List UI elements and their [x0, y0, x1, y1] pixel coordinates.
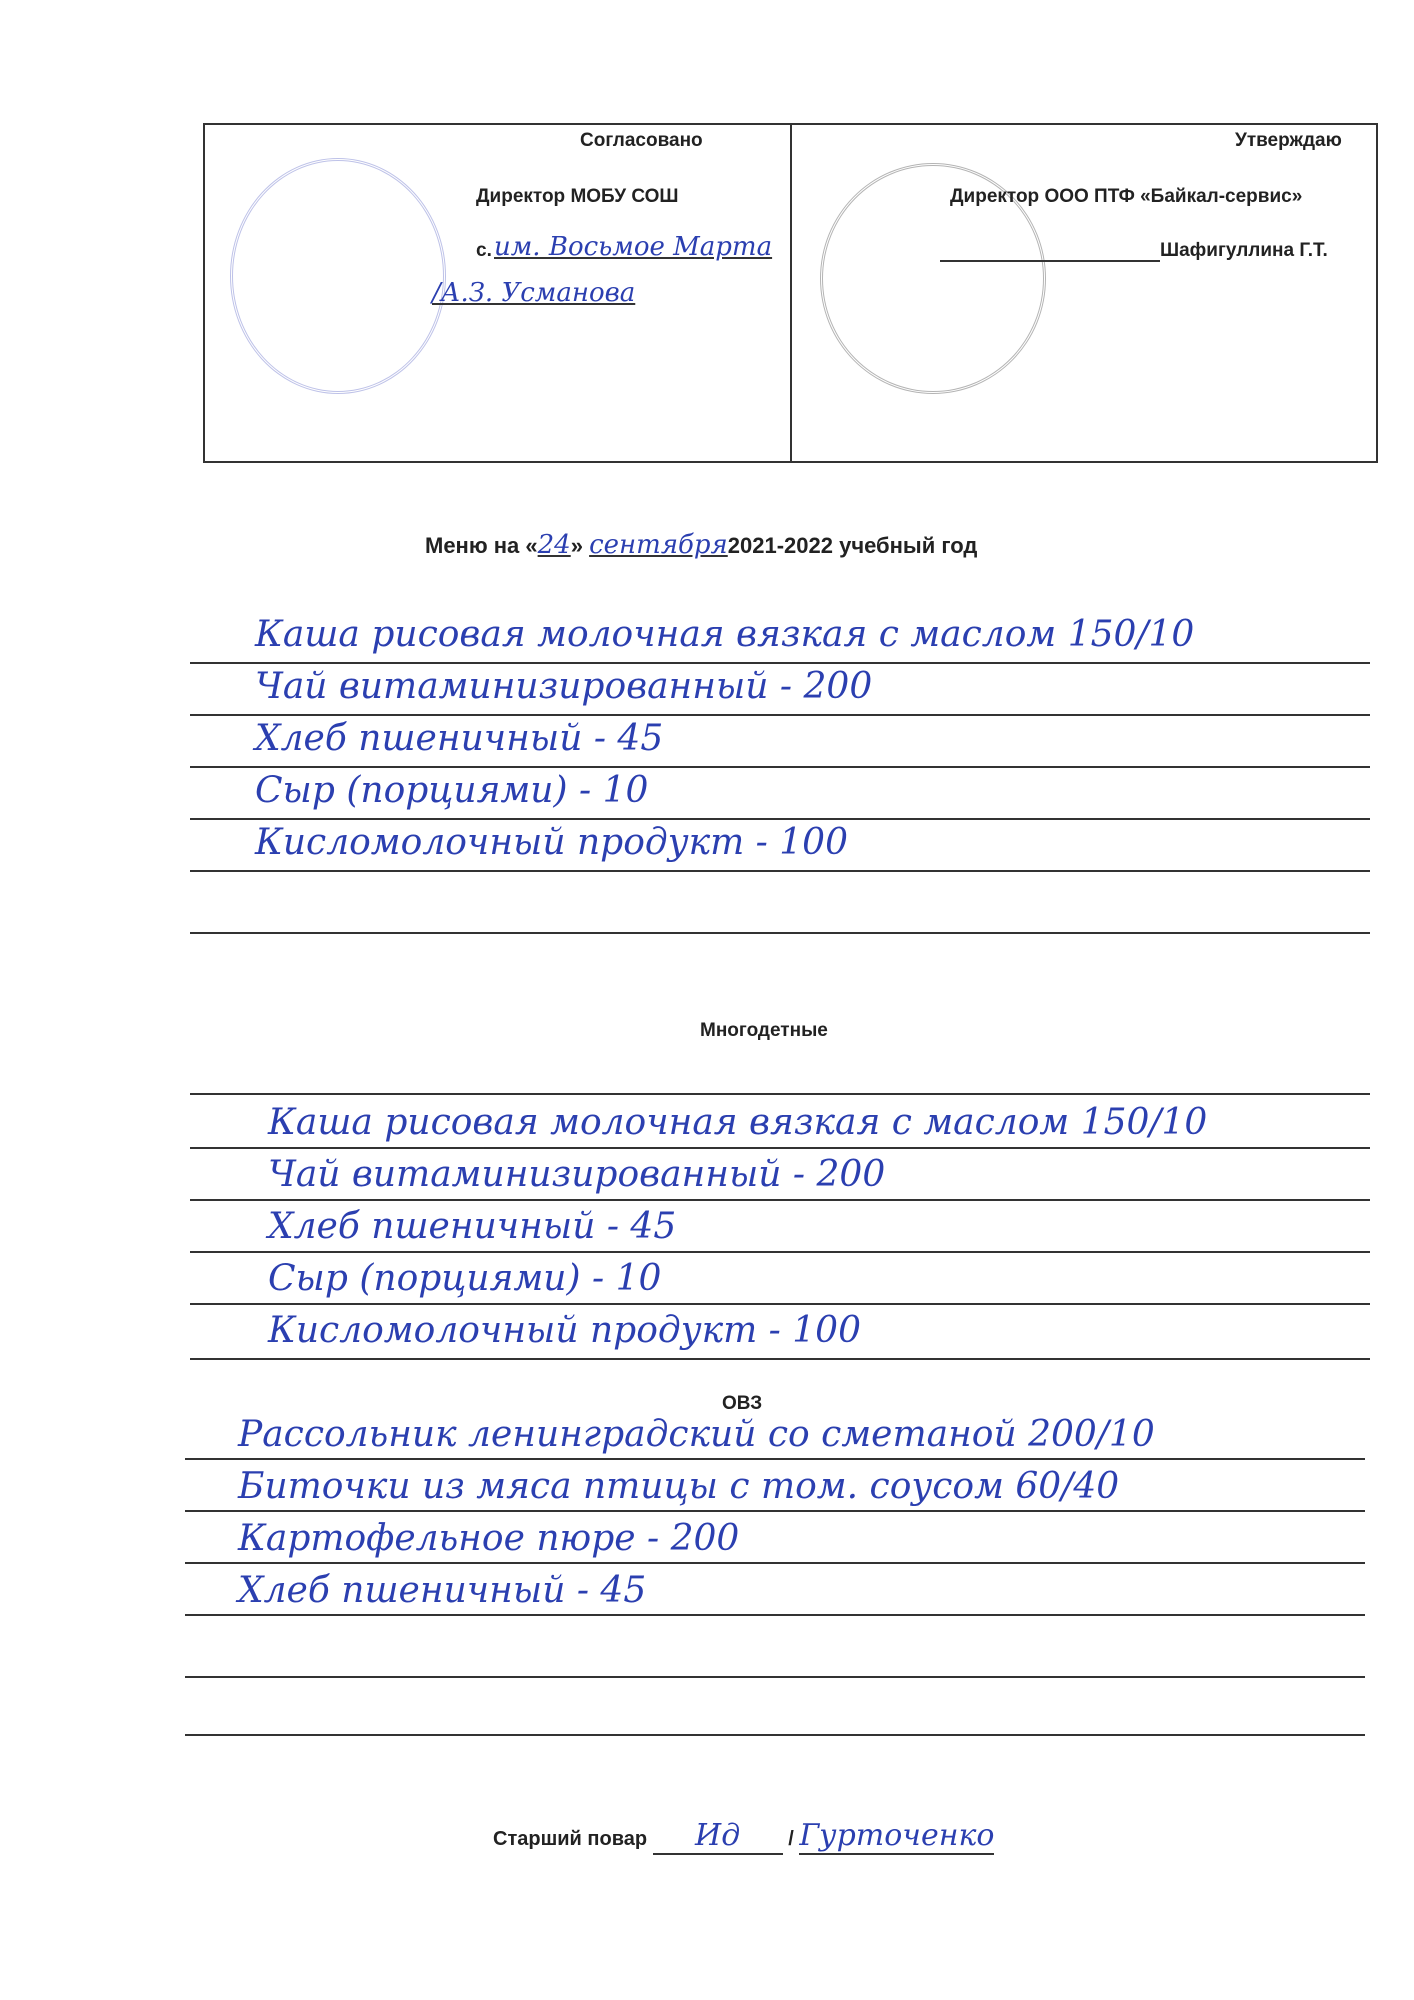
menu-title-mid: »: [571, 533, 583, 558]
ruled-line: [185, 1734, 1365, 1736]
menu-item: Кисломолочный продукт - 100: [255, 822, 848, 863]
menu-item: Чай витаминизированный - 200: [268, 1154, 885, 1195]
ruled-line: [190, 662, 1370, 664]
menu-item: Рассольник ленинградский со сметаной 200…: [238, 1414, 1155, 1455]
company-director-name: Шафигуллина Г.Т.: [1160, 240, 1328, 262]
ruled-line: [185, 1614, 1365, 1616]
school-director-position: Директор МОБУ СОШ: [476, 186, 678, 208]
ruled-line: [190, 932, 1370, 934]
head-cook-signature-block: Старший повар Ид / Гурточенко: [493, 1818, 994, 1855]
menu-item: Хлеб пшеничный - 45: [255, 718, 663, 759]
menu-month: сентября: [589, 530, 728, 560]
ruled-line: [185, 1510, 1365, 1512]
ruled-line: [190, 766, 1370, 768]
head-cook-name: Гурточенко: [799, 1818, 994, 1855]
ruled-line: [190, 714, 1370, 716]
ruled-line: [190, 1251, 1370, 1253]
village-handwritten: им. Восьмое Марта: [494, 232, 772, 262]
section-heading-large-families: Многодетные: [700, 1020, 828, 1042]
company-signature-line: [940, 260, 1160, 262]
school-director-signature: /А.З. Усманова: [432, 278, 635, 308]
menu-title: Меню на «24» сентября2021-2022 учебный г…: [425, 530, 977, 560]
menu-item: Каша рисовая молочная вязкая с маслом 15…: [268, 1102, 1207, 1143]
school-stamp-icon: [230, 158, 446, 394]
menu-item: Хлеб пшеничный - 45: [238, 1570, 646, 1611]
ruled-line: [190, 1303, 1370, 1305]
agreed-heading: Согласовано: [580, 130, 703, 152]
menu-item: Кисломолочный продукт - 100: [268, 1310, 861, 1351]
ruled-line: [190, 1199, 1370, 1201]
ruled-line: [190, 1093, 1370, 1095]
village-prefix: с.: [476, 240, 492, 262]
approve-heading: Утверждаю: [1235, 130, 1342, 152]
section-heading-ovz: ОВЗ: [722, 1393, 762, 1415]
head-cook-label: Старший повар: [493, 1828, 647, 1850]
menu-item: Картофельное пюре - 200: [238, 1518, 739, 1559]
menu-item: Сыр (порциями) - 10: [268, 1258, 661, 1299]
menu-item: Хлеб пшеничный - 45: [268, 1206, 676, 1247]
ruled-line: [190, 1147, 1370, 1149]
ruled-line: [190, 818, 1370, 820]
menu-item: Биточки из мяса птицы с том. соусом 60/4…: [238, 1466, 1119, 1507]
ruled-line: [185, 1676, 1365, 1678]
menu-day: 24: [538, 530, 571, 560]
signature-separator: /: [788, 1828, 794, 1850]
head-cook-signature: Ид: [653, 1818, 783, 1855]
company-director-position: Директор ООО ПТФ «Байкал-сервис»: [950, 186, 1302, 208]
ruled-line: [190, 1358, 1370, 1360]
ruled-line: [185, 1562, 1365, 1564]
ruled-line: [185, 1458, 1365, 1460]
menu-item: Чай витаминизированный - 200: [255, 666, 872, 707]
ruled-line: [190, 870, 1370, 872]
menu-item: Каша рисовая молочная вязкая с маслом 15…: [255, 614, 1194, 655]
menu-year: 2021-2022 учебный год: [728, 533, 978, 558]
menu-item: Сыр (порциями) - 10: [255, 770, 648, 811]
menu-title-prefix: Меню на «: [425, 533, 538, 558]
